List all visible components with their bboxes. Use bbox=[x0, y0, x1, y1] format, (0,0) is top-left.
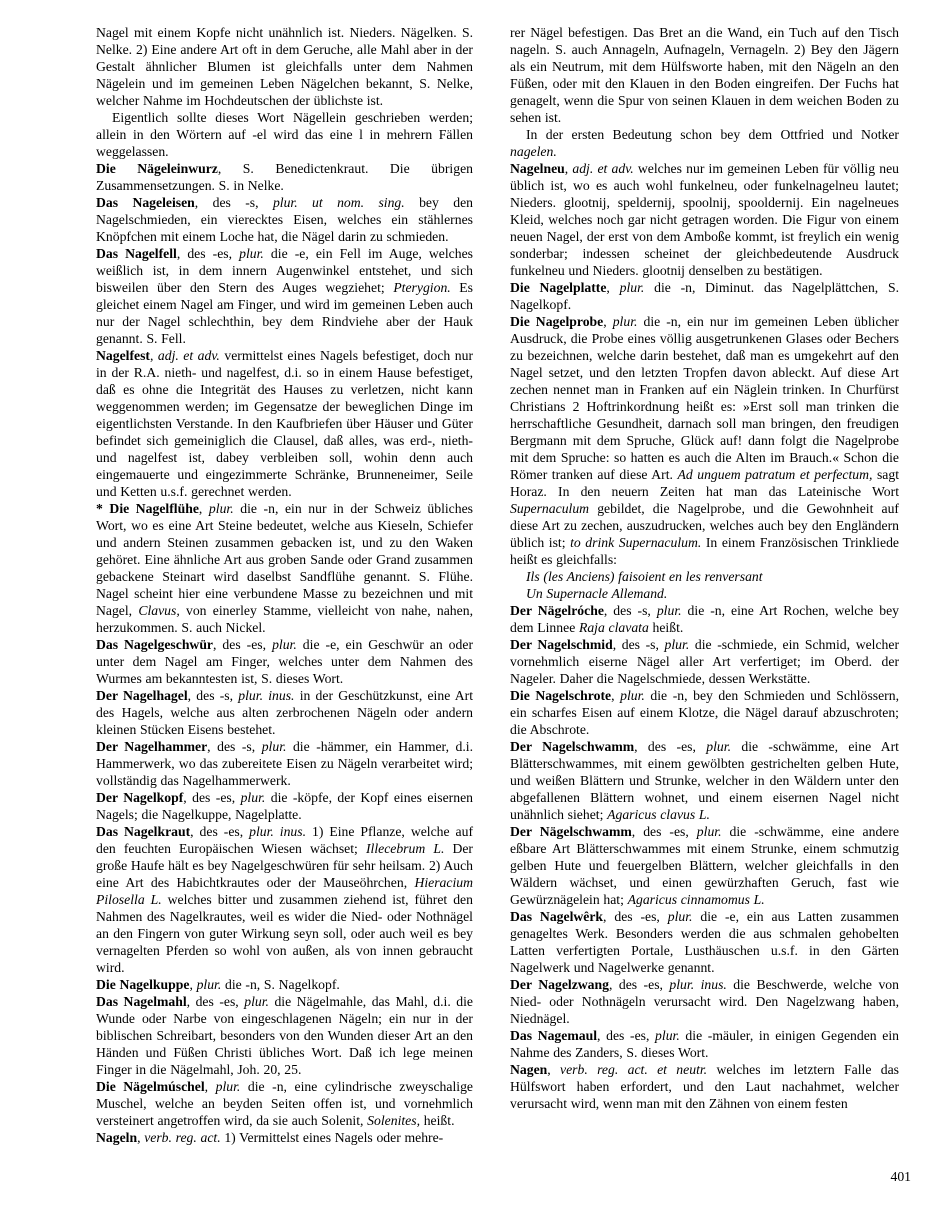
italic-text: plur. bbox=[209, 501, 234, 516]
body-text: , des -s, bbox=[613, 637, 665, 652]
text-columns: Nagel mit einem Kopfe nicht unähnlich is… bbox=[96, 24, 935, 1146]
body-text: , des -es, bbox=[632, 824, 697, 839]
italic-text: plur. bbox=[241, 790, 266, 805]
left-column: Nagel mit einem Kopfe nicht unähnlich is… bbox=[96, 24, 473, 1146]
entry-headword: Die Nagelprobe bbox=[510, 314, 603, 329]
italic-text: plur. bbox=[216, 1079, 241, 1094]
entry-headword: Der Nagelhammer bbox=[96, 739, 207, 754]
paragraph: Eigentlich sollte dieses Wort Nägellein … bbox=[96, 109, 473, 160]
dictionary-entry: Nageln, verb. reg. act. 1) Vermittelst e… bbox=[96, 1129, 473, 1146]
entry-headword: Der Nagelschwamm bbox=[510, 739, 634, 754]
italic-text: plur. bbox=[262, 739, 287, 754]
italic-text: Supernaculum bbox=[510, 501, 589, 516]
body-text: heißt. bbox=[420, 1113, 455, 1128]
body-text: , des -es, bbox=[597, 1028, 655, 1043]
dictionary-entry: Das Nageleisen, des -s, plur. ut nom. si… bbox=[96, 194, 473, 245]
paragraph-continuation: rer Nägel befestigen. Das Bret an die Wa… bbox=[510, 24, 899, 126]
body-text: welches nur im gemeinen Leben für völlig… bbox=[510, 161, 899, 278]
entry-headword: Die Nagelkuppe bbox=[96, 977, 189, 992]
dictionary-entry: Die Nagelschrote, plur. die -n, bey den … bbox=[510, 687, 899, 738]
dictionary-entry: Das Nagelgeschwür, des -es, plur. die -e… bbox=[96, 636, 473, 687]
dictionary-entry: Der Nägelschwamm, des -es, plur. die -sc… bbox=[510, 823, 899, 908]
dictionary-entry: Der Nagelhagel, des -s, plur. inus. in d… bbox=[96, 687, 473, 738]
body-text: Nagel mit einem Kopfe nicht unähnlich is… bbox=[96, 25, 473, 108]
italic-text: plur. bbox=[272, 637, 297, 652]
dictionary-entry: Das Nagelmahl, des -es, plur. die Nägelm… bbox=[96, 993, 473, 1078]
verse-line: Un Supernacle Allemand. bbox=[510, 585, 899, 602]
entry-headword: Die Nägeleinwurz bbox=[96, 161, 218, 176]
dictionary-entry: Der Nagelkopf, des -es, plur. die -köpfe… bbox=[96, 789, 473, 823]
body-text: die -n, ein nur in der Schweiz übliches … bbox=[96, 501, 473, 618]
dictionary-entry: Der Nagelschwamm, des -es, plur. die -sc… bbox=[510, 738, 899, 823]
body-text: , des -s, bbox=[207, 739, 262, 754]
dictionary-entry: Die Nägelmúschel, plur. die -n, eine cyl… bbox=[96, 1078, 473, 1129]
italic-text: plur. bbox=[665, 637, 690, 652]
entry-headword: Das Nagemaul bbox=[510, 1028, 597, 1043]
body-text: vermittelst eines Nagels befestiget, doc… bbox=[96, 348, 473, 499]
dictionary-entry: Die Nagelkuppe, plur. die -n, S. Nagelko… bbox=[96, 976, 473, 993]
italic-text: plur. bbox=[655, 1028, 680, 1043]
entry-headword: Das Nagelgeschwür bbox=[96, 637, 213, 652]
body-text: Eigentlich sollte dieses Wort Nägellein … bbox=[96, 110, 473, 159]
entry-headword: Der Nagelkopf bbox=[96, 790, 183, 805]
verse-line: Ils (les Anciens) faisoient en les renve… bbox=[510, 568, 899, 585]
italic-text: Ad unguem patratum et perfectum, bbox=[678, 467, 873, 482]
body-text: , des -es, bbox=[603, 909, 668, 924]
italic-text: adj. et adv. bbox=[572, 161, 633, 176]
entry-headword: Das Nagelkraut bbox=[96, 824, 190, 839]
body-text: , des -es, bbox=[183, 790, 240, 805]
body-text: , bbox=[611, 688, 620, 703]
body-text: , bbox=[199, 501, 209, 516]
body-text: , des -es, bbox=[177, 246, 239, 261]
body-text: , bbox=[189, 977, 196, 992]
dictionary-entry: Nagelneu, adj. et adv. welches nur im ge… bbox=[510, 160, 899, 279]
italic-text: plur. bbox=[620, 280, 645, 295]
italic-text: adj. et adv. bbox=[158, 348, 220, 363]
body-text: , bbox=[205, 1079, 216, 1094]
entry-headword: Nagelneu bbox=[510, 161, 565, 176]
body-text: , bbox=[150, 348, 158, 363]
body-text: , des -s, bbox=[604, 603, 657, 618]
italic-text: Agaricus cinnamomus L. bbox=[628, 892, 765, 907]
italic-text: plur. inus. bbox=[669, 977, 726, 992]
italic-text: plur. bbox=[613, 314, 638, 329]
dictionary-entry: Die Nagelplatte, plur. die -n, Diminut. … bbox=[510, 279, 899, 313]
body-text: , bbox=[603, 314, 612, 329]
right-column: rer Nägel befestigen. Das Bret an die Wa… bbox=[510, 24, 899, 1146]
body-text: 1) Vermittelst eines Nagels oder mehre- bbox=[221, 1130, 444, 1145]
paragraph: In der ersten Bedeutung schon bey dem Ot… bbox=[510, 126, 899, 160]
body-text: , des -es, bbox=[213, 637, 272, 652]
italic-text: plur. bbox=[239, 246, 264, 261]
body-text: die -n, ein nur im gemeinen Leben üblich… bbox=[510, 314, 899, 482]
body-text: , des -s, bbox=[188, 688, 239, 703]
italic-text: nagelen. bbox=[510, 144, 557, 159]
dictionary-entry: Das Nagelfell, des -es, plur. die -e, ei… bbox=[96, 245, 473, 347]
italic-text: plur. bbox=[197, 977, 222, 992]
entry-headword: Der Nägelschwamm bbox=[510, 824, 632, 839]
dictionary-entry: Nagen, verb. reg. act. et neutr. welches… bbox=[510, 1061, 899, 1112]
dictionary-entry: Der Nägelróche, des -s, plur. die -n, ei… bbox=[510, 602, 899, 636]
italic-text: plur. bbox=[657, 603, 682, 618]
entry-headword: Der Nagelhagel bbox=[96, 688, 188, 703]
entry-headword: * Die Nagelflühe bbox=[96, 501, 199, 516]
entry-headword: Nagen bbox=[510, 1062, 547, 1077]
entry-headword: Der Nagelschmid bbox=[510, 637, 613, 652]
italic-text: Raja clavata bbox=[579, 620, 649, 635]
entry-headword: Der Nägelróche bbox=[510, 603, 604, 618]
entry-headword: Das Nageleisen bbox=[96, 195, 195, 210]
entry-headword: Die Nägelmúschel bbox=[96, 1079, 205, 1094]
italic-text: Solenites, bbox=[367, 1113, 420, 1128]
italic-text: plur. bbox=[668, 909, 693, 924]
dictionary-entry: Das Nagelkraut, des -es, plur. inus. 1) … bbox=[96, 823, 473, 976]
italic-text: plur. inus. bbox=[238, 688, 294, 703]
italic-text: Clavus, bbox=[138, 603, 179, 618]
italic-text: plur. bbox=[620, 688, 645, 703]
entry-headword: Die Nagelschrote bbox=[510, 688, 611, 703]
italic-text: plur. bbox=[697, 824, 722, 839]
dictionary-entry: Die Nagelprobe, plur. die -n, ein nur im… bbox=[510, 313, 899, 568]
entry-headword: Die Nagelplatte bbox=[510, 280, 606, 295]
entry-headword: Das Nagelwêrk bbox=[510, 909, 603, 924]
entry-headword: Das Nagelfell bbox=[96, 246, 177, 261]
entry-headword: Nagelfest bbox=[96, 348, 150, 363]
italic-text: Illecebrum L. bbox=[366, 841, 444, 856]
dictionary-entry: Nagelfest, adj. et adv. vermittelst eine… bbox=[96, 347, 473, 500]
dictionary-entry: Der Nagelschmid, des -s, plur. die -schm… bbox=[510, 636, 899, 687]
entry-headword: Das Nagelmahl bbox=[96, 994, 187, 1009]
dictionary-entry: Der Nagelhammer, des -s, plur. die -hämm… bbox=[96, 738, 473, 789]
body-text: , des -es, bbox=[634, 739, 706, 754]
body-text: , des -s, bbox=[195, 195, 273, 210]
italic-text: verb. reg. act. et neutr. bbox=[560, 1062, 707, 1077]
dictionary-entry: Das Nagemaul, des -es, plur. die -mäuler… bbox=[510, 1027, 899, 1061]
italic-text: plur. bbox=[244, 994, 269, 1009]
dictionary-page: Nagel mit einem Kopfe nicht unähnlich is… bbox=[0, 0, 935, 1210]
italic-text: Agaricus clavus L. bbox=[607, 807, 710, 822]
dictionary-entry: Der Nagelzwang, des -es, plur. inus. die… bbox=[510, 976, 899, 1027]
italic-text: plur. bbox=[706, 739, 731, 754]
body-text: , bbox=[547, 1062, 560, 1077]
dictionary-entry: Das Nagelwêrk, des -es, plur. die -e, ei… bbox=[510, 908, 899, 976]
italic-text: verb. reg. act. bbox=[144, 1130, 220, 1145]
body-text: rer Nägel befestigen. Das Bret an die Wa… bbox=[510, 25, 899, 125]
italic-text: plur. ut nom. sing. bbox=[273, 195, 405, 210]
italic-text: Un Supernacle Allemand. bbox=[526, 586, 667, 601]
italic-text: Pterygion. bbox=[393, 280, 450, 295]
italic-text: plur. inus. bbox=[249, 824, 306, 839]
body-text: heißt. bbox=[649, 620, 684, 635]
body-text: die -n, S. Nagelkopf. bbox=[221, 977, 340, 992]
paragraph-continuation: Nagel mit einem Kopfe nicht unähnlich is… bbox=[96, 24, 473, 109]
body-text: , des -es, bbox=[190, 824, 249, 839]
body-text: , des -es, bbox=[187, 994, 245, 1009]
body-text: In der ersten Bedeutung schon bey dem Ot… bbox=[526, 127, 899, 142]
body-text: , des -es, bbox=[609, 977, 669, 992]
entry-headword: Der Nagelzwang bbox=[510, 977, 609, 992]
page-number: 401 bbox=[890, 1168, 911, 1185]
italic-text: to drink Supernaculum. bbox=[570, 535, 701, 550]
entry-headword: Nageln bbox=[96, 1130, 137, 1145]
dictionary-entry: * Die Nagelflühe, plur. die -n, ein nur … bbox=[96, 500, 473, 636]
italic-text: Ils (les Anciens) faisoient en les renve… bbox=[526, 569, 763, 584]
dictionary-entry: Die Nägeleinwurz, S. Benedictenkraut. Di… bbox=[96, 160, 473, 194]
body-text: , bbox=[606, 280, 619, 295]
